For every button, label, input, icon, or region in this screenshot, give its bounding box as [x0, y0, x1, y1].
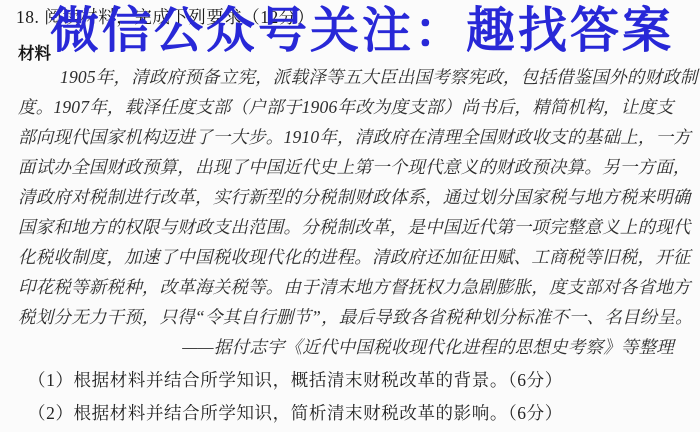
source-attribution: ——据付志宇《近代中国税收现代化进程的思想史考察》等整理 [18, 332, 674, 362]
material-line: 部向现代国家机构迈进了一大步。1910年，清政府在清理全国财政收支的基础上，一方 [18, 122, 674, 152]
exam-page: 18. 阅读材料，完成下列要求（12分） 微信公众号关注：趣找答案 材料 190… [0, 0, 700, 432]
material-text: 1905年，清政府预备立宪，派载泽等五大臣出国考察宪政，包括借鉴国外的财政制 度… [18, 62, 674, 428]
material-line: 国家和地方的权限与财政支出范围。分税制改革，是中国近代第一项完整意义上的现代 [18, 212, 674, 242]
material-line: 度。1907年，载泽任度支部（户部于1906年改为度支部）尚书后，精简机构，让度… [18, 92, 674, 122]
material-line: 1905年，清政府预备立宪，派载泽等五大臣出国考察宪政，包括借鉴国外的财政制 [18, 62, 674, 92]
material-line: 清政府对税制进行改革，实行新型的分税制财政体系，通过划分国家税与地方税来明确 [18, 182, 674, 212]
sub-question-1: （1）根据材料并结合所学知识，概括清末财税改革的背景。（6分） [18, 365, 674, 395]
material-line: 面试办全国财政预算，出现了中国近代史上第一个现代意义的财政预决算。另一方面， [18, 152, 674, 182]
material-line: 印花税等新税种，改革海关税等。由于清末地方督抚权力急剧膨胀，度支部对各省地方 [18, 272, 674, 302]
material-line: 税划分无力干预，只得“令其自行删节”，最后导致各省税种划分标准不一、名目纷呈。 [18, 302, 674, 332]
material-line: 化税收制度，加速了中国税收现代化的进程。清政府还加征田赋、工商税等旧税，开征 [18, 242, 674, 272]
watermark-overlay: 微信公众号关注：趣找答案 [50, 4, 695, 58]
material-label: 材料 [18, 40, 51, 64]
sub-question-2: （2）根据材料并结合所学知识，简析清末财税改革的影响。（6分） [18, 398, 674, 428]
